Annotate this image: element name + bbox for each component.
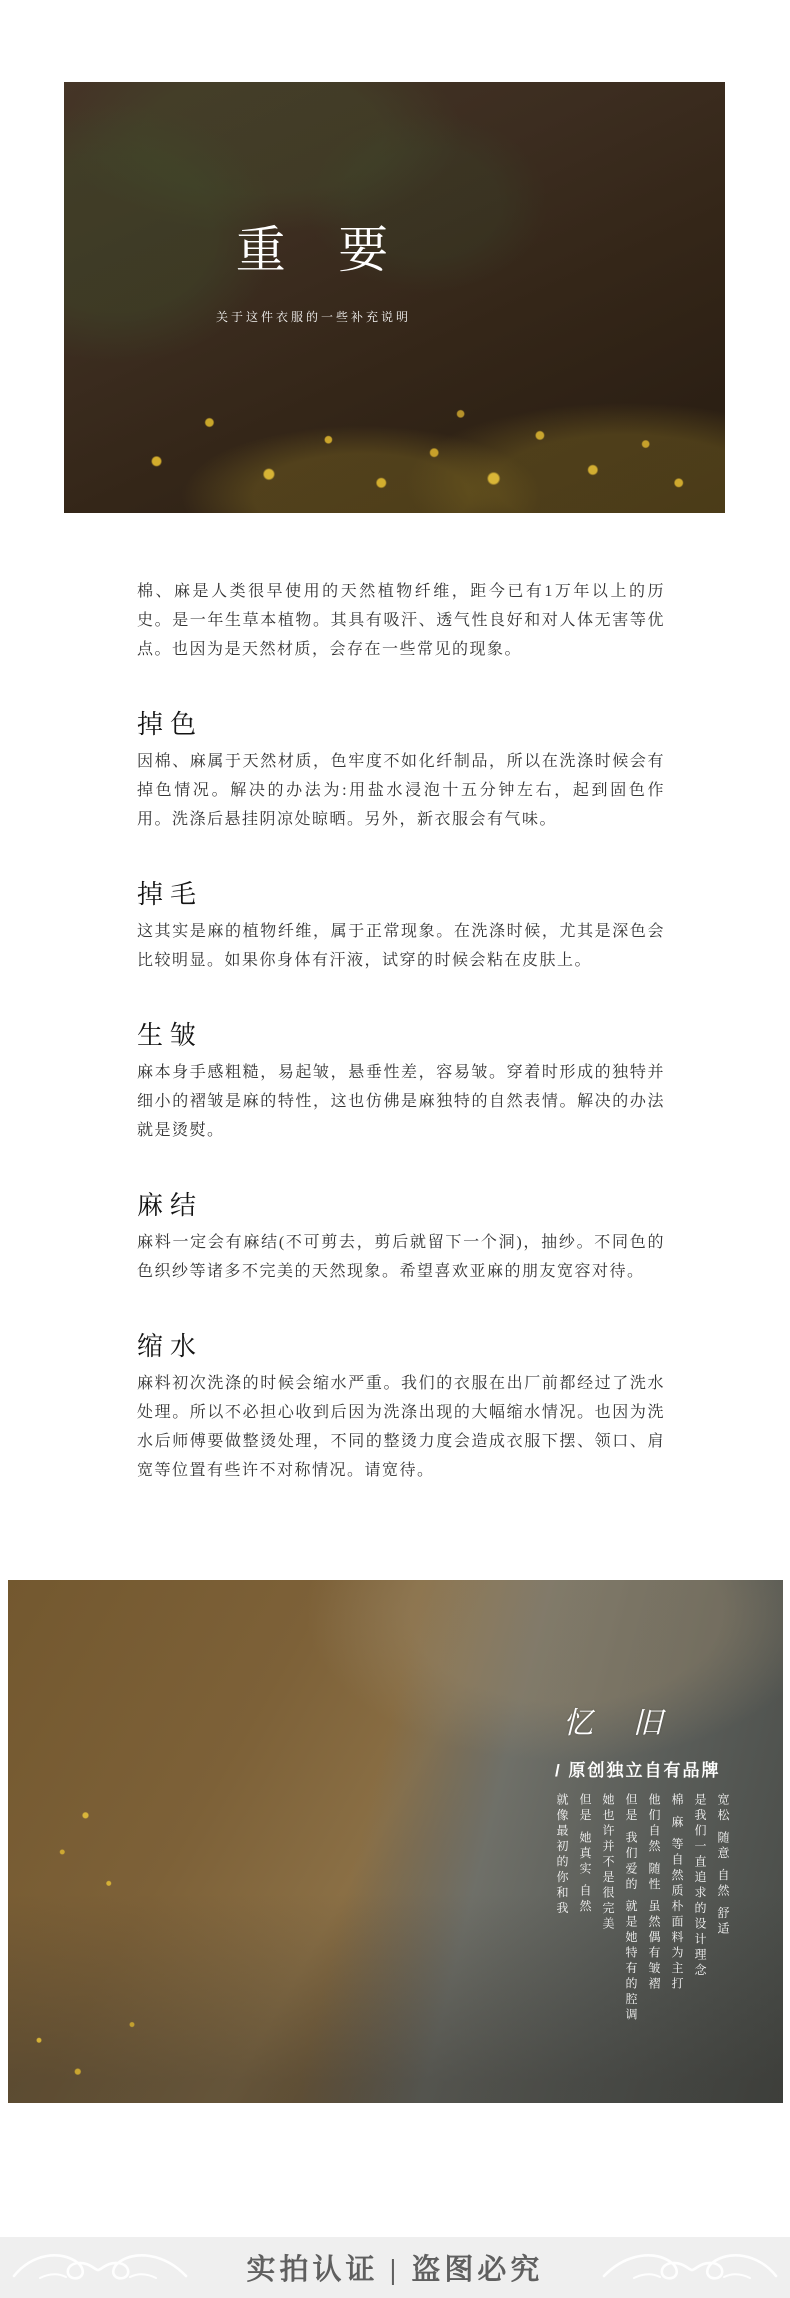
hero-text-block: 重 要 关于这件衣服的一些补充说明	[184, 223, 440, 325]
brand-photo: 忆 旧 / 原创独立自有品牌 宽松 随意 自然 舒适 是我们一直追求的设计理念 …	[8, 1580, 783, 2103]
vertical-line: 棉 麻 等自然质朴面料为主打	[665, 1793, 688, 2045]
section-body: 这其实是麻的植物纤维，属于正常现象。在洗涤时候，尤其是深色会比较明显。如果你身体…	[137, 917, 665, 975]
section-body: 麻本身手感粗糙，易起皱，悬垂性差，容易皱。穿着时形成的独特并细小的褶皱是麻的特性…	[137, 1058, 665, 1145]
section-heading: 掉色	[137, 708, 665, 742]
vertical-line: 但是 我们爱的 就是她特有的腔调	[619, 1793, 642, 2045]
flourish-left-icon	[10, 2243, 190, 2292]
brand-tagline: / 原创独立自有品牌	[555, 1756, 720, 1781]
section-heading: 缩水	[137, 1330, 665, 1364]
section-heading: 掉毛	[137, 878, 665, 912]
vertical-line: 宽松 随意 自然 舒适	[711, 1793, 734, 2045]
section-body: 因棉、麻属于天然材质，色牢度不如化纤制品，所以在洗涤时候会有掉色情况。解决的办法…	[137, 747, 665, 834]
section-knots: 麻结 麻料一定会有麻结(不可剪去，剪后就留下一个洞)，抽纱。不同色的色织纱等诸多…	[137, 1189, 665, 1286]
vertical-line: 是我们一直追求的设计理念	[688, 1793, 711, 2045]
section-fading: 掉色 因棉、麻属于天然材质，色牢度不如化纤制品，所以在洗涤时候会有掉色情况。解决…	[137, 708, 665, 834]
brand-vertical-text: 宽松 随意 自然 舒适 是我们一直追求的设计理念 棉 麻 等自然质朴面料为主打 …	[550, 1793, 734, 2045]
brand-name: 忆 旧	[555, 1698, 720, 1742]
vertical-line: 他们自然 随性 虽然偶有皱褶	[642, 1793, 665, 2045]
brand-block: 忆 旧 / 原创独立自有品牌	[555, 1698, 720, 1781]
hero-title: 重 要	[184, 223, 460, 278]
vertical-line: 就像最初的你和我	[550, 1793, 573, 2045]
section-shedding: 掉毛 这其实是麻的植物纤维，属于正常现象。在洗涤时候，尤其是深色会比较明显。如果…	[137, 878, 665, 975]
hero-photo: 重 要 关于这件衣服的一些补充说明	[64, 82, 725, 513]
section-body: 麻料一定会有麻结(不可剪去，剪后就留下一个洞)，抽纱。不同色的色织纱等诸多不完美…	[137, 1228, 665, 1286]
care-notes: 棉、麻是人类很早使用的天然植物纤维，距今已有1万年以上的历史。是一年生草本植物。…	[137, 577, 665, 1485]
footer-band: 实拍认证 | 盗图必究	[0, 2237, 790, 2298]
vertical-line: 但是 她真实 自然	[573, 1793, 596, 2045]
section-heading: 麻结	[137, 1189, 665, 1223]
vertical-line: 她也许并不是很完美	[596, 1793, 619, 2045]
flourish-right-icon	[600, 2243, 780, 2292]
section-heading: 生皱	[137, 1019, 665, 1053]
product-detail-page: 重 要 关于这件衣服的一些补充说明 棉、麻是人类很早使用的天然植物纤维，距今已有…	[0, 0, 790, 2298]
hero-subtitle: 关于这件衣服的一些补充说明	[184, 308, 443, 325]
section-wrinkling: 生皱 麻本身手感粗糙，易起皱，悬垂性差，容易皱。穿着时形成的独特并细小的褶皱是麻…	[137, 1019, 665, 1145]
section-shrinking: 缩水 麻料初次洗涤的时候会缩水严重。我们的衣服在出厂前都经过了洗水处理。所以不必…	[137, 1330, 665, 1485]
section-body: 麻料初次洗涤的时候会缩水严重。我们的衣服在出厂前都经过了洗水处理。所以不必担心收…	[137, 1369, 665, 1485]
footer-notice: 实拍认证 | 盗图必究	[247, 2247, 544, 2288]
intro-paragraph: 棉、麻是人类很早使用的天然植物纤维，距今已有1万年以上的历史。是一年生草本植物。…	[137, 577, 665, 664]
